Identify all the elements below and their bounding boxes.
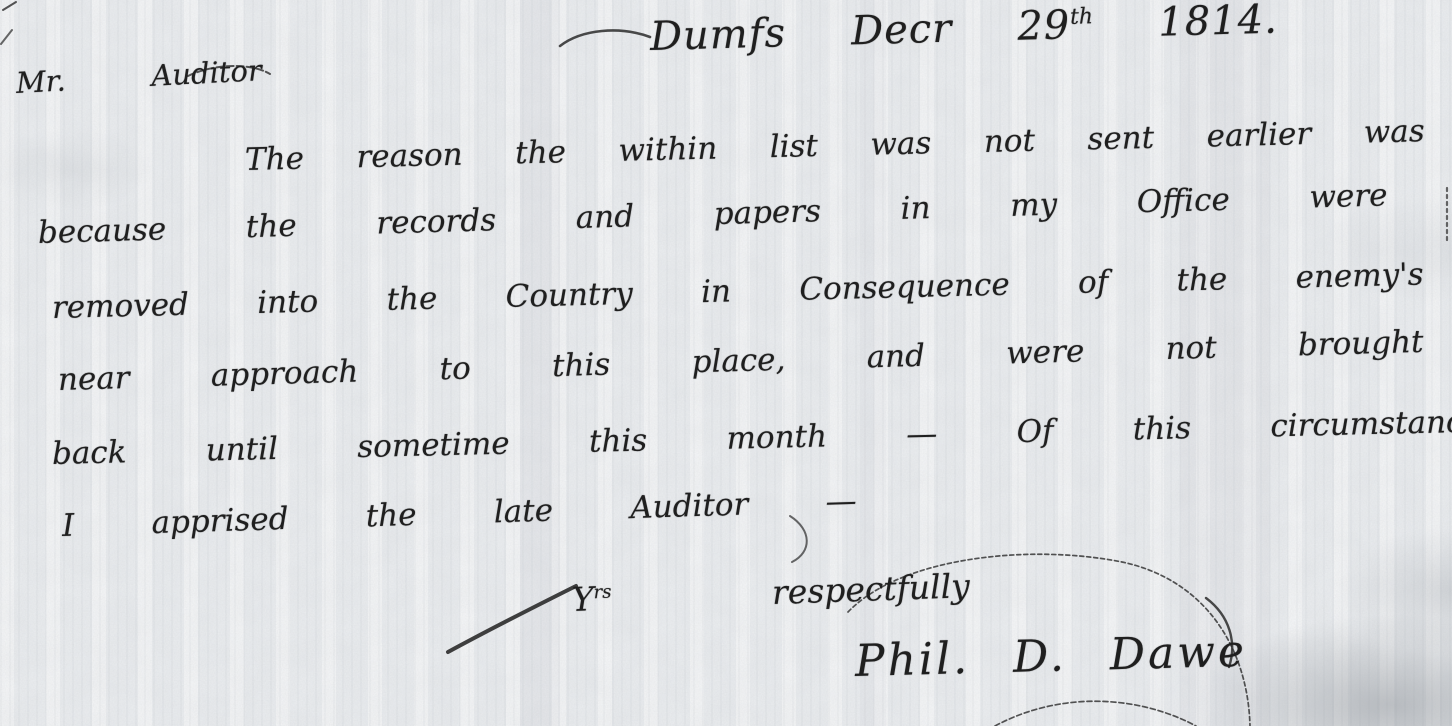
scanned-letter-page: Dumfs Decr 29th 1814. Mr. Auditor The re… — [0, 0, 1452, 726]
body-line: removed into the Country in Consequence … — [52, 256, 1424, 326]
body-line: near approach to this place, and were no… — [57, 324, 1423, 398]
closing-valediction: Yrs respectfully — [571, 566, 970, 619]
closing-superscript: rs — [593, 582, 612, 604]
closing-initial: Y — [571, 579, 594, 619]
body-line: because the records and papers in my Off… — [37, 177, 1387, 251]
body-line: The reason the within list was not sent … — [245, 113, 1426, 178]
dateline: Dumfs Decr 29th 1814. — [649, 0, 1278, 60]
dateline-flourish — [560, 31, 650, 46]
signature-oval-inner — [995, 701, 1196, 726]
signature: Phil. D. Dawe — [854, 626, 1247, 687]
salutation: Mr. Auditor — [15, 53, 262, 100]
corner-mark — [1, 30, 12, 44]
auditor-dash-flourish — [790, 516, 807, 562]
yrs-descender-stroke — [448, 586, 576, 652]
dateline-ordinal-superscript: th — [1070, 4, 1094, 30]
body-line: back until sometime this month — Of this… — [52, 404, 1452, 472]
dateline-place-month-day: Dumfs Decr 29 — [649, 2, 1071, 60]
dateline-year: 1814. — [1093, 0, 1279, 48]
body-line: I apprised the late Auditor — — [61, 483, 857, 544]
corner-mark — [3, 2, 16, 10]
closing-word: respectfully — [611, 566, 970, 617]
